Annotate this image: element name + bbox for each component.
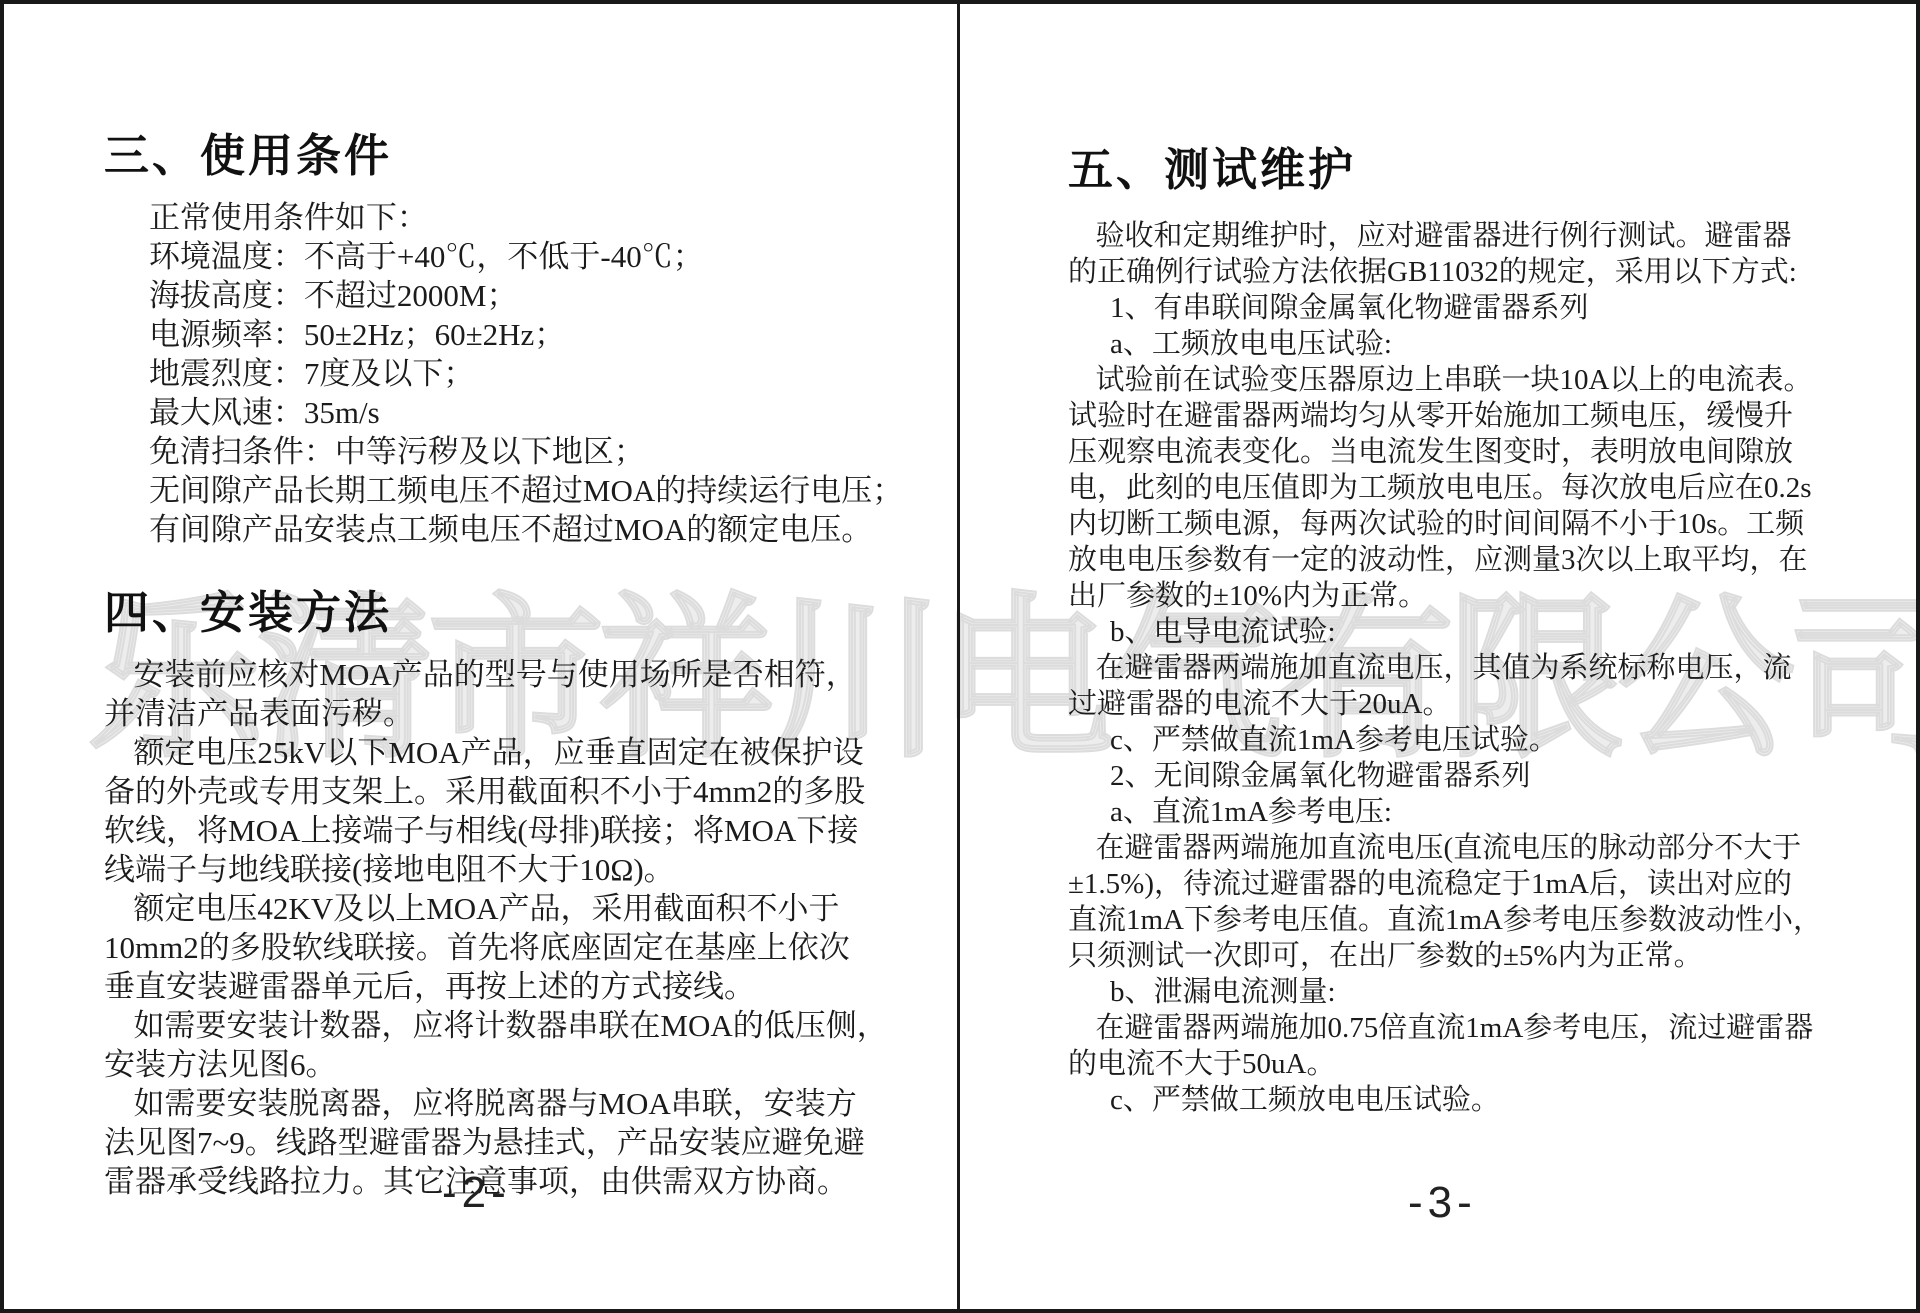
text-line: c、严禁做直流1mA参考电压试验。 xyxy=(1068,722,1858,758)
text-line: 的正确例行试验方法依据GB11032的规定，采用以下方式: xyxy=(1068,254,1858,290)
section-installation-method-body: 安装前应核对MOA产品的型号与使用场所是否相符，并清洁产品表面污秽。额定电压25… xyxy=(104,655,950,1201)
text-line: 无间隙产品长期工频电压不超过MOA的持续运行电压； xyxy=(104,471,950,510)
text-line: ±1.5%)，待流过避雷器的电流稳定于1mA后，读出对应的 xyxy=(1068,866,1858,902)
text-line: 的电流不大于50uA。 xyxy=(1068,1046,1858,1082)
section-test-maintenance-heading: 五、测试维护 xyxy=(1068,142,1858,198)
text-line: 验收和定期维护时，应对避雷器进行例行测试。避雷器 xyxy=(1068,218,1858,254)
text-line: 试验前在试验变压器原边上串联一块10A以上的电流表。 xyxy=(1068,362,1858,398)
text-line: 免清扫条件：中等污秽及以下地区； xyxy=(104,432,950,471)
text-line: 内切断工频电源，每两次试验的时间间隔不小于10s。工频 xyxy=(1068,506,1858,542)
text-line: 试验时在避雷器两端均匀从零开始施加工频电压，缓慢升 xyxy=(1068,398,1858,434)
text-line: 如需要安装脱离器，应将脱离器与MOA串联，安装方 xyxy=(104,1084,950,1123)
text-line: 只须测试一次即可，在出厂参数的±5%内为正常。 xyxy=(1068,938,1858,974)
text-line: 电源频率：50±2Hz；60±2Hz； xyxy=(104,315,950,354)
text-line: 地震烈度：7度及以下； xyxy=(104,354,950,393)
text-line: 有间隙产品安装点工频电压不超过MOA的额定电压。 xyxy=(104,510,950,549)
text-line: 放电电压参数有一定的波动性，应测量3次以上取平均，在 xyxy=(1068,542,1858,578)
text-line: 海拔高度：不超过2000M； xyxy=(104,276,950,315)
section-test-maintenance: 五、测试维护 验收和定期维护时，应对避雷器进行例行测试。避雷器的正确例行试验方法… xyxy=(1068,142,1858,1118)
text-line: 雷器承受线路拉力。其它注意事项，由供需双方协商。 xyxy=(104,1162,950,1201)
text-line: 1、有串联间隙金属氧化物避雷器系列 xyxy=(1068,290,1858,326)
text-line: a、工频放电电压试验: xyxy=(1068,326,1858,362)
text-line: c、严禁做工频放电电压试验。 xyxy=(1068,1082,1858,1118)
text-line: 最大风速：35m/s xyxy=(104,393,950,432)
text-line: 安装前应核对MOA产品的型号与使用场所是否相符， xyxy=(104,655,950,694)
text-line: 正常使用条件如下： xyxy=(104,198,950,237)
text-line: a、直流1mA参考电压: xyxy=(1068,794,1858,830)
text-line: 软线，将MOA上接端子与相线(母排)联接；将MOA下接 xyxy=(104,811,950,850)
text-line: 在避雷器两端施加直流电压(直流电压的脉动部分不大于 xyxy=(1068,830,1858,866)
text-line: 额定电压42KV及以上MOA产品，采用截面积不小于 xyxy=(104,889,950,928)
page-number-right: -3- xyxy=(1408,1178,1477,1228)
text-line: 压观察电流表变化。当电流发生图变时，表明放电间隙放 xyxy=(1068,434,1858,470)
text-line: 额定电压25kV以下MOA产品，应垂直固定在被保护设 xyxy=(104,733,950,772)
text-line: 安装方法见图6。 xyxy=(104,1045,950,1084)
text-line: 出厂参数的±10%内为正常。 xyxy=(1068,578,1858,614)
text-line: 在避雷器两端施加直流电压，其值为系统标称电压，流 xyxy=(1068,650,1858,686)
text-line: 过避雷器的电流不大于20uA。 xyxy=(1068,686,1858,722)
section-usage-conditions-heading: 三、使用条件 xyxy=(104,128,950,184)
text-line: 线端子与地线联接(接地电阻不大于10Ω)。 xyxy=(104,850,950,889)
text-line: b、电导电流试验: xyxy=(1068,614,1858,650)
text-line: 环境温度：不高于+40℃，不低于-40℃； xyxy=(104,237,950,276)
section-usage-conditions: 三、使用条件 正常使用条件如下：环境温度：不高于+40℃，不低于-40℃；海拔高… xyxy=(104,128,950,549)
page-number-left: -2- xyxy=(442,1168,511,1218)
text-line: 垂直安装避雷器单元后，再按上述的方式接线。 xyxy=(104,967,950,1006)
page-left: 三、使用条件 正常使用条件如下：环境温度：不高于+40℃，不低于-40℃；海拔高… xyxy=(104,128,950,1201)
text-line: 并清洁产品表面污秽。 xyxy=(104,694,950,733)
text-line: 法见图7~9。线路型避雷器为悬挂式，产品安装应避免避 xyxy=(104,1123,950,1162)
text-line: 备的外壳或专用支架上。采用截面积不小于4mm2的多股 xyxy=(104,772,950,811)
section-test-maintenance-body: 验收和定期维护时，应对避雷器进行例行测试。避雷器的正确例行试验方法依据GB110… xyxy=(1068,218,1858,1118)
text-line: 在避雷器两端施加0.75倍直流1mA参考电压，流过避雷器 xyxy=(1068,1010,1858,1046)
text-line: 直流1mA下参考电压值。直流1mA参考电压参数波动性小， xyxy=(1068,902,1858,938)
text-line: b、泄漏电流测量: xyxy=(1068,974,1858,1010)
section-installation-method: 四、安装方法 安装前应核对MOA产品的型号与使用场所是否相符，并清洁产品表面污秽… xyxy=(104,585,950,1201)
text-line: 2、无间隙金属氧化物避雷器系列 xyxy=(1068,758,1858,794)
section-usage-conditions-body: 正常使用条件如下：环境温度：不高于+40℃，不低于-40℃；海拔高度：不超过20… xyxy=(104,198,950,549)
text-line: 10mm2的多股软线联接。首先将底座固定在基座上依次 xyxy=(104,928,950,967)
text-line: 如需要安装计数器，应将计数器串联在MOA的低压侧， xyxy=(104,1006,950,1045)
page-divider-line xyxy=(957,4,960,1309)
section-installation-method-heading: 四、安装方法 xyxy=(104,585,950,641)
text-line: 电，此刻的电压值即为工频放电电压。每次放电后应在0.2s xyxy=(1068,470,1858,506)
page-right: 五、测试维护 验收和定期维护时，应对避雷器进行例行测试。避雷器的正确例行试验方法… xyxy=(1068,142,1858,1118)
